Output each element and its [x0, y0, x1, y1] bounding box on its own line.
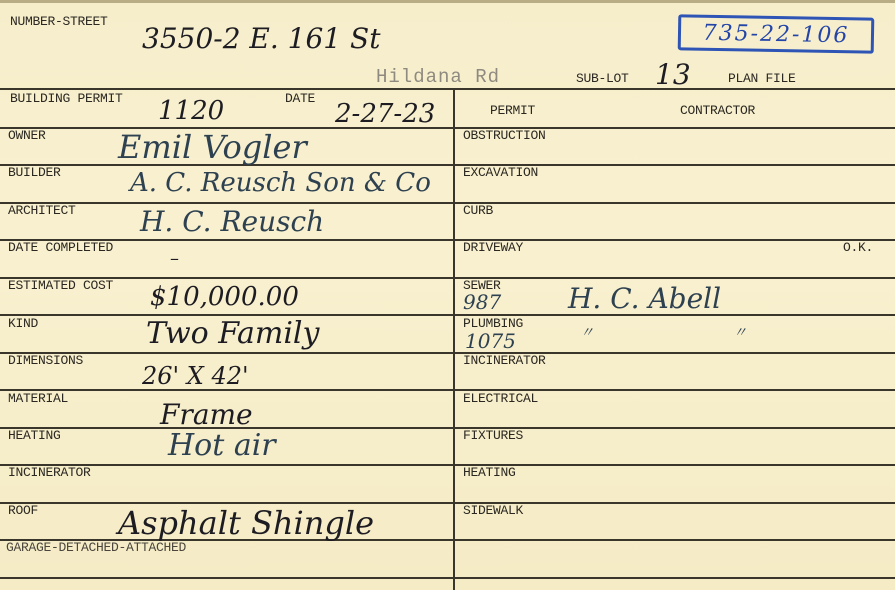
rule-line — [0, 577, 895, 579]
rule-line — [0, 427, 895, 429]
roof-label: ROOF — [8, 503, 38, 518]
estimated-cost-value: $10,000.00 — [150, 282, 299, 312]
owner-label: OWNER — [8, 128, 46, 143]
fixtures-label: FIXTURES — [463, 428, 523, 443]
builder-label: BUILDER — [8, 165, 61, 180]
sub-lot-value: 13 — [655, 58, 691, 91]
excavation-label: EXCAVATION — [463, 165, 538, 180]
kind-value: Two Family — [146, 316, 319, 351]
driveway-status: O.K. — [843, 240, 873, 255]
incinerator-permit-label: INCINERATOR — [463, 353, 546, 368]
dimensions-value: 26' X 42' — [142, 362, 249, 390]
column-divider — [453, 88, 455, 590]
sewer-permit: 987 — [463, 290, 501, 314]
plan-file-label: PLAN FILE — [728, 71, 796, 86]
plumbing-status-ditto: 〃 — [733, 322, 747, 342]
sub-lot-label: SUB-LOT — [576, 71, 629, 86]
architect-value: H. C. Reusch — [140, 205, 324, 238]
rule-line — [0, 239, 895, 241]
rule-line — [0, 464, 895, 466]
plumbing-contractor-ditto: 〃 — [580, 322, 594, 342]
rule-line — [0, 88, 895, 90]
electrical-label: ELECTRICAL — [463, 391, 538, 406]
date-completed-label: DATE COMPLETED — [8, 240, 113, 255]
roof-value: Asphalt Shingle — [118, 504, 374, 542]
file-number-stamp: 735-22-106 — [678, 14, 875, 53]
material-value: Frame — [160, 398, 253, 431]
number-street-value: 3550-2 E. 161 St — [142, 22, 380, 55]
garage-label: GARAGE-DETACHED-ATTACHED — [6, 540, 186, 555]
sidewalk-label: SIDEWALK — [463, 503, 523, 518]
number-street-label: NUMBER-STREET — [10, 14, 108, 29]
owner-value: Emil Vogler — [118, 128, 307, 166]
alt-street-typed: Hildana Rd — [376, 66, 500, 88]
permit-card: 735-22-106 NUMBER-STREET 3550-2 E. 161 S… — [0, 0, 895, 590]
incinerator-label: INCINERATOR — [8, 465, 91, 480]
estimated-cost-label: ESTIMATED COST — [8, 278, 113, 293]
material-label: MATERIAL — [8, 391, 68, 406]
driveway-label: DRIVEWAY — [463, 240, 523, 255]
rule-line — [0, 314, 895, 316]
obstruction-label: OBSTRUCTION — [463, 128, 546, 143]
file-number: 735-22-106 — [702, 20, 849, 48]
building-permit-label: BUILDING PERMIT — [10, 91, 123, 106]
heating-value: Hot air — [168, 428, 276, 463]
permit-column-header: PERMIT — [490, 103, 535, 118]
rule-line — [0, 277, 895, 279]
rule-line — [0, 202, 895, 204]
builder-value: A. C. Reusch Son & Co — [130, 168, 431, 198]
curb-label: CURB — [463, 203, 493, 218]
date-label: DATE — [285, 91, 315, 106]
date-completed-value: – — [170, 248, 179, 269]
date-value: 2-27-23 — [335, 99, 435, 129]
plumbing-permit: 1075 — [465, 329, 516, 353]
rule-line — [0, 352, 895, 354]
rule-line — [0, 389, 895, 391]
architect-label: ARCHITECT — [8, 203, 76, 218]
heating-permit-label: HEATING — [463, 465, 516, 480]
sewer-contractor: H. C. Abell — [568, 282, 721, 315]
heating-label: HEATING — [8, 428, 61, 443]
contractor-column-header: CONTRACTOR — [680, 103, 755, 118]
building-permit-value: 1120 — [158, 96, 224, 126]
kind-label: KIND — [8, 316, 38, 331]
dimensions-label: DIMENSIONS — [8, 353, 83, 368]
